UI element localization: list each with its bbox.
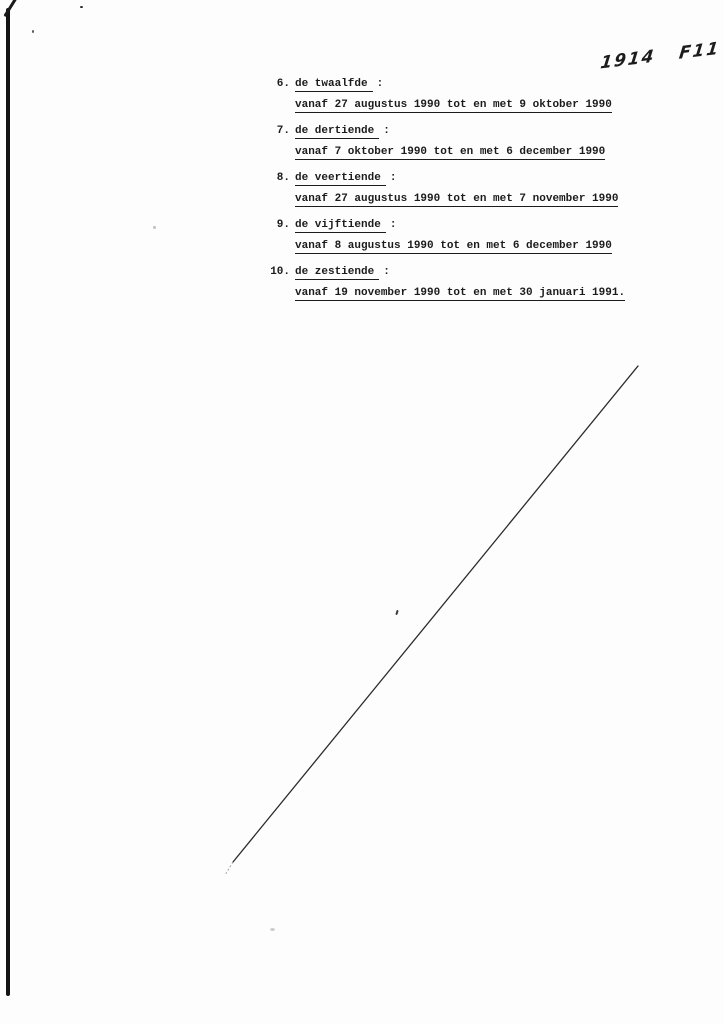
item-number: 8. [266, 168, 290, 189]
scan-speck [32, 30, 34, 33]
item-date-range: vanaf 7 oktober 1990 tot en met 6 decemb… [295, 146, 605, 160]
item-heading: 8.de veertiende: [266, 168, 646, 189]
item-date-range: vanaf 8 augustus 1990 tot en met 6 decem… [295, 240, 612, 254]
item-date-range: vanaf 19 november 1990 tot en met 30 jan… [295, 287, 625, 301]
scan-speck [395, 610, 398, 615]
list-item: 9.de vijftiende:vanaf 8 augustus 1990 to… [266, 215, 646, 257]
item-title: de veertiende [295, 172, 386, 186]
item-separator: : [383, 266, 390, 278]
scan-speck [153, 226, 156, 229]
item-date-range: vanaf 27 augustus 1990 tot en met 7 nove… [295, 193, 618, 207]
item-number: 9. [266, 215, 290, 236]
item-date-row: vanaf 27 augustus 1990 tot en met 7 nove… [266, 189, 646, 210]
scan-speck [80, 6, 83, 8]
item-date-row: vanaf 8 augustus 1990 tot en met 6 decem… [266, 236, 646, 257]
handwritten-annotation: 1914 F11 [599, 38, 721, 73]
item-number: 7. [266, 121, 290, 142]
item-separator: : [377, 78, 384, 90]
scan-edge-artifact [6, 8, 10, 996]
item-title: de twaalfde [295, 78, 373, 92]
item-number: 6. [266, 74, 290, 95]
item-heading: 9.de vijftiende: [266, 215, 646, 236]
list-item: 10.de zestiende:vanaf 19 november 1990 t… [266, 262, 646, 304]
item-number: 10. [266, 262, 290, 283]
item-date-row: vanaf 19 november 1990 tot en met 30 jan… [266, 283, 646, 304]
handwritten-code-right: F11 [678, 38, 721, 63]
item-heading: 10.de zestiende: [266, 262, 646, 283]
item-title: de vijftiende [295, 219, 386, 233]
item-date-range: vanaf 27 augustus 1990 tot en met 9 okto… [295, 99, 612, 113]
item-separator: : [390, 219, 397, 231]
item-title: de dertiende [295, 125, 379, 139]
item-date-row: vanaf 27 augustus 1990 tot en met 9 okto… [266, 95, 646, 116]
item-heading: 6.de twaalfde: [266, 74, 646, 95]
list-item: 8.de veertiende:vanaf 27 augustus 1990 t… [266, 168, 646, 210]
item-separator: : [390, 172, 397, 184]
item-heading: 7.de dertiende: [266, 121, 646, 142]
scanned-document-page: 1914 F11 6.de twaalfde:vanaf 27 augustus… [0, 0, 724, 1024]
item-date-row: vanaf 7 oktober 1990 tot en met 6 decemb… [266, 142, 646, 163]
numbered-list: 6.de twaalfde:vanaf 27 augustus 1990 tot… [266, 74, 646, 309]
item-title: de zestiende [295, 266, 379, 280]
list-item: 6.de twaalfde:vanaf 27 augustus 1990 tot… [266, 74, 646, 116]
item-separator: : [383, 125, 390, 137]
handwritten-code-left: 1914 [599, 46, 656, 73]
list-item: 7.de dertiende:vanaf 7 oktober 1990 tot … [266, 121, 646, 163]
scan-speck [270, 928, 275, 931]
